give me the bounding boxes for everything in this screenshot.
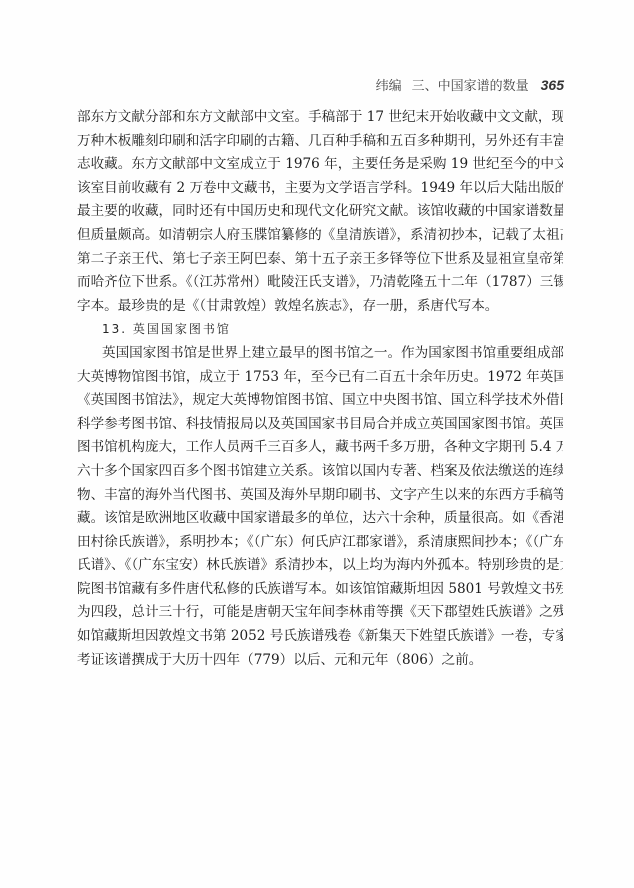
text-line: 田村徐氏族谱》，系明抄本；《（广东）何氏庐江郡家谱》，系清康熙间抄本；《（广东宝… bbox=[77, 531, 563, 555]
text-line: 英国国家图书馆是世界上建立最早的图书馆之一。作为国家图书馆重要组成部分的 bbox=[77, 342, 563, 366]
text-line: 氏谱》、《（广东宝安）林氏族谱》系清抄本，以上均为海内外孤本。特别珍贵的是大英博… bbox=[77, 554, 563, 578]
text-line: 最主要的收藏，同时还有中国历史和现代文化研究文献。该馆收藏的中国家谱数量不多， bbox=[77, 200, 563, 224]
text-line: 如馆藏斯坦因敦煌文书第 2052 号氏族谱残卷《新集天下姓望氏族谱》一卷，专家王… bbox=[77, 625, 563, 649]
paragraph-continued: 部东方文献分部和东方文献部中文室。手稿部于 17 世纪末开始收藏中文文献，现有 … bbox=[77, 106, 563, 318]
header-part-label: 纬编 bbox=[376, 75, 402, 94]
text-line: 第二子亲王代、第七子亲王阿巴泰、第十五子亲王多铎等位下世系及显祖宣皇帝第三子舒 bbox=[77, 248, 563, 272]
page-number: 365 bbox=[541, 77, 564, 93]
text-line: 院图书馆藏有多件唐代私修的氏族谱写本。如该馆馆藏斯坦因 5801 号敦煌文书残卷… bbox=[77, 578, 563, 602]
text-line: 图书馆机构庞大，工作人员两千三百多人，藏书两千多万册，各种文字期刊 5.4 万种… bbox=[77, 436, 563, 460]
body-text: 部东方文献分部和东方文献部中文室。手稿部于 17 世纪末开始收藏中文文献，现有 … bbox=[77, 106, 563, 672]
text-line: 该室目前收藏有 2 万卷中文藏书，主要为文学语言学科。1949 年以后大陆出版的… bbox=[77, 177, 563, 201]
header-section-title: 三、中国家谱的数量 bbox=[412, 75, 529, 94]
running-header: 纬编 三、中国家谱的数量 365 bbox=[376, 75, 564, 95]
text-line: 科学参考图书馆、科技情报局以及英国国家书目局合并成立英国国家图书馆。英国国家 bbox=[77, 413, 563, 437]
text-line: 六十多个国家四百多个图书馆建立关系。该馆以国内专著、档案及依法缴送的连续出版 bbox=[77, 460, 563, 484]
text-line: 万种木板雕刻印刷和活字印刷的古籍、几百种手稿和五百多种期刊，另外还有丰富的地方 bbox=[77, 130, 563, 154]
text-line: 藏。该馆是欧洲地区收藏中国家谱最多的单位，达六十余种，质量很高。如《香港新界收 bbox=[77, 507, 563, 531]
text-line: 字本。最珍贵的是《（甘肃敦煌）敦煌名族志》，存一册，系唐代写本。 bbox=[77, 295, 563, 319]
section-heading: 13. 英国国家图书馆 bbox=[77, 318, 563, 342]
text-line: 部东方文献分部和东方文献部中文室。手稿部于 17 世纪末开始收藏中文文献，现有 … bbox=[77, 106, 563, 130]
text-line: 大英博物馆图书馆，成立于 1753 年，至今已有二百五十余年历史。1972 年英… bbox=[77, 366, 563, 390]
text-line: 为四段，总计三十行，可能是唐朝天宝年间李林甫等撰《天下郡望姓氏族谱》之残件。又 bbox=[77, 601, 563, 625]
text-line: 考证该谱撰成于大历十四年（779）以后、元和元年（806）之前。 bbox=[77, 649, 563, 673]
text-line: 但质量颇高。如清朝宗人府玉牒馆纂修的《皇清族谱》，系清初抄本，记载了太祖高皇帝 bbox=[77, 224, 563, 248]
text-line: 《英国图书馆法》，规定大英博物馆图书馆、国立中央图书馆、国立科学技术外借图书馆、 bbox=[77, 389, 563, 413]
text-line: 志收藏。东方文献部中文室成立于 1976 年，主要任务是采购 19 世纪至今的中… bbox=[77, 153, 563, 177]
text-line: 而哈齐位下世系。《（江苏常州）毗陵汪氏支谱》，乃清乾隆五十二年（1787）三锡堂… bbox=[77, 271, 563, 295]
paragraph-british-library: 英国国家图书馆是世界上建立最早的图书馆之一。作为国家图书馆重要组成部分的 大英博… bbox=[77, 342, 563, 672]
text-line: 物、丰富的海外当代图书、英国及海外早期印刷书、文字产生以来的东西方手稿等为其特 bbox=[77, 484, 563, 508]
book-page: 纬编 三、中国家谱的数量 365 部东方文献分部和东方文献部中文室。手稿部于 1… bbox=[0, 0, 634, 888]
